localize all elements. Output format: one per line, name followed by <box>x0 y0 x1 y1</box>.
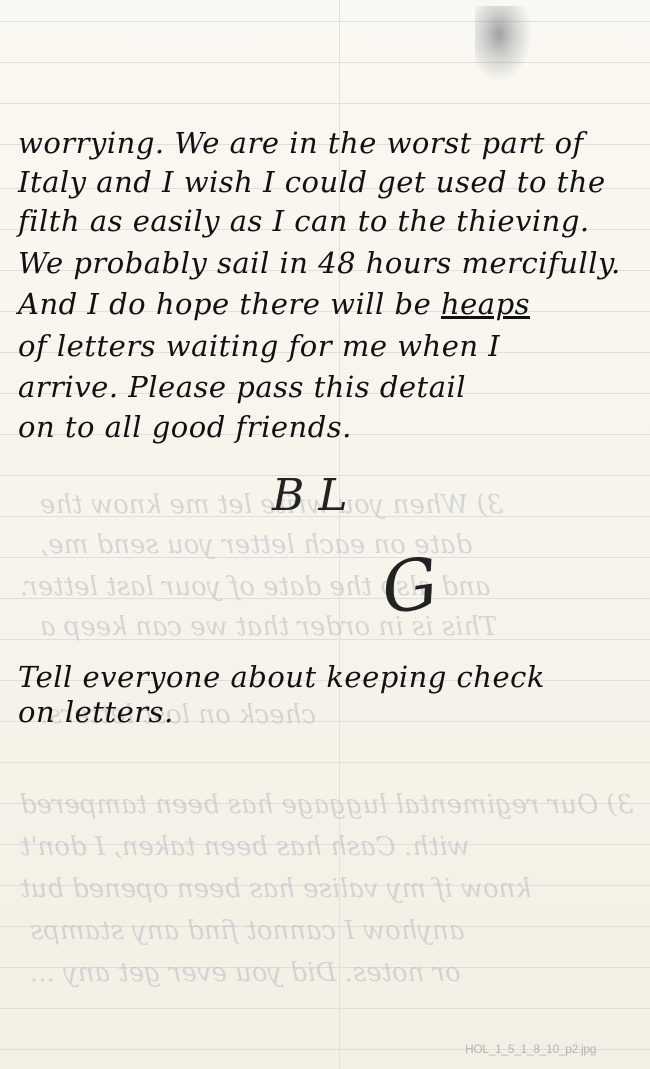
bleed-through-line: anyhow I cannot find any stamps <box>30 916 464 946</box>
letter-page: 3) When you write let me know the date o… <box>0 0 650 1069</box>
initials-signature: B L <box>272 470 348 521</box>
file-watermark: HOL_1_5_1_8_10_p2.jpg <box>465 1042 596 1056</box>
postscript-line-2: on letters. <box>18 695 174 729</box>
bleed-through-line: or notes. Did you ever get any ... <box>30 958 461 988</box>
letter-line-7: arrive. Please pass this detail <box>18 370 466 404</box>
bleed-through-line: with. Cash has been taken, I don't <box>20 832 470 862</box>
ink-smudge <box>475 6 535 86</box>
letter-line-8: on to all good friends. <box>18 410 352 444</box>
signature-g: G <box>377 542 444 631</box>
letter-line-3: filth as easily as I can to the thieving… <box>18 204 590 238</box>
letter-line-1: worrying. We are in the worst part of <box>18 126 584 160</box>
underlined-word: heaps <box>441 287 530 321</box>
postscript-line-1: Tell everyone about keeping check <box>18 660 545 694</box>
letter-line-2: Italy and I wish I could get used to the <box>18 165 606 199</box>
letter-line-5: And I do hope there will be heaps <box>18 287 530 321</box>
letter-line-4: We probably sail in 48 hours mercifully. <box>18 246 621 280</box>
bleed-through-line: know if my valise has been opened but <box>20 874 531 904</box>
bleed-through-line: 3) Our regimental luggage has been tampe… <box>20 790 633 820</box>
letter-line-6: of letters waiting for me when I <box>18 329 500 363</box>
